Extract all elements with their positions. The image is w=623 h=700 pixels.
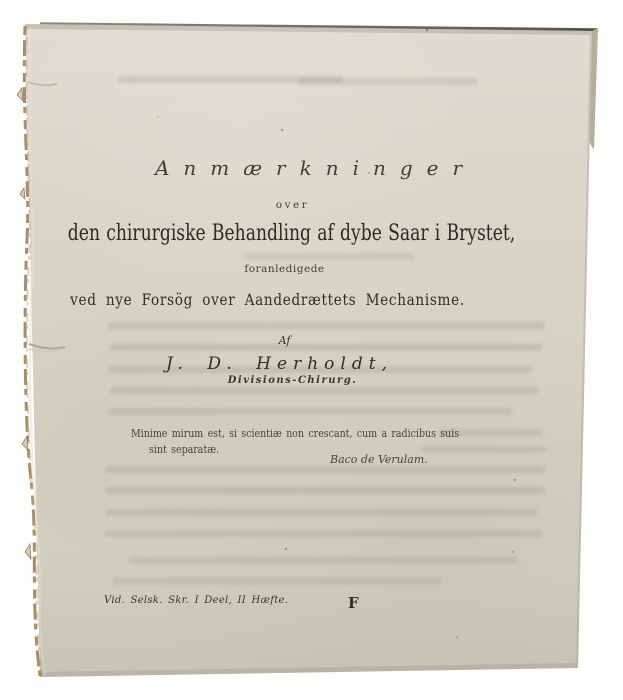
epigraph-line1: Minime mirum est, si scientiæ non cresca… xyxy=(131,426,423,442)
foxing-speck xyxy=(512,551,514,553)
foxing-speck xyxy=(157,116,159,118)
foxing-speck xyxy=(426,29,429,32)
deckle-chip xyxy=(22,436,28,450)
foxing-speck xyxy=(514,479,516,481)
subtitle-connector: foranledigede xyxy=(0,263,596,276)
deckle-chip xyxy=(20,188,25,199)
page-title: Anmærkninger xyxy=(4,156,623,180)
foxing-speck xyxy=(456,636,458,638)
author-title: Divisions-Chirurg. xyxy=(0,375,604,387)
paper-sheet-graphic xyxy=(0,0,623,700)
epigraph-attribution: Baco de Verulam. xyxy=(330,453,428,466)
byline-label: Af xyxy=(0,334,596,347)
title-connector: over xyxy=(0,199,604,212)
foxing-speck xyxy=(285,548,287,550)
photograph-background: Anmærkninger over den chirurgiske Behand… xyxy=(0,0,623,700)
author-name: J. D. Herholdt, xyxy=(0,354,591,374)
series-note: Vid. Selsk. Skr. I Deel, II Hæfte. xyxy=(104,595,288,606)
deckle-chip xyxy=(17,88,23,101)
deckle-chip xyxy=(25,544,31,559)
signature-mark: F xyxy=(348,594,359,612)
foxing-speck xyxy=(281,129,283,131)
subtitle-second: ved nye Forsög over Aandedrættets Mechan… xyxy=(3,290,533,309)
paper-sheet xyxy=(25,24,592,677)
subtitle: den chirurgiske Behandling af dybe Saar … xyxy=(49,221,535,247)
